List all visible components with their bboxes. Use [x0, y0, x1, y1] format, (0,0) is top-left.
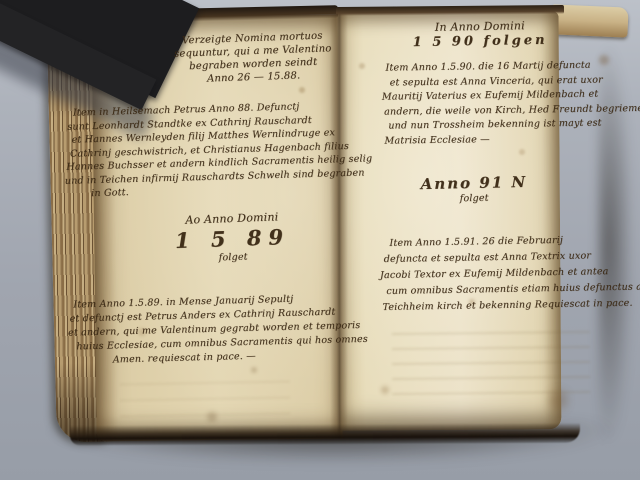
- left-heading-1589: Ao Anno Domini 1 5 89 folget: [139, 208, 326, 267]
- foxing-stains: [0, 0, 4, 4]
- right-heading-1590: In Anno Domini 1 5 90 folgen: [398, 19, 562, 52]
- ink-bleedthrough-right: [392, 331, 591, 399]
- right-entry-1591-block: Item Anno 1.5.91. 26 die Februarij defun…: [379, 232, 618, 316]
- right-entry-1590-block: Item Anno 1.5.90. die 16 Martij defuncta…: [381, 58, 614, 148]
- bottom-edge-shadow: [70, 423, 580, 446]
- left-intro-block: Verzeigte Nomina mortuos sequuntur, qui …: [165, 29, 341, 87]
- manuscript-photo: Verzeigte Nomina mortuos sequuntur, qui …: [0, 0, 640, 480]
- left-entry-1589-block: Item Anno 1.5.89. in Mense Januarij Sepu…: [67, 291, 345, 368]
- left-entry-1588-block: Item in Heilsemach Petrus Anno 88. Defun…: [63, 99, 342, 201]
- ink-bleedthrough-left: [120, 381, 291, 420]
- right-heading-1591: Anno 91 N folget: [408, 173, 541, 207]
- heading-year: Anno 91 N: [408, 173, 540, 195]
- manuscript-line: Teichheim kirch et bekenning Requiescat …: [382, 296, 618, 316]
- heading-year: 1 5 90 folgen: [398, 33, 562, 52]
